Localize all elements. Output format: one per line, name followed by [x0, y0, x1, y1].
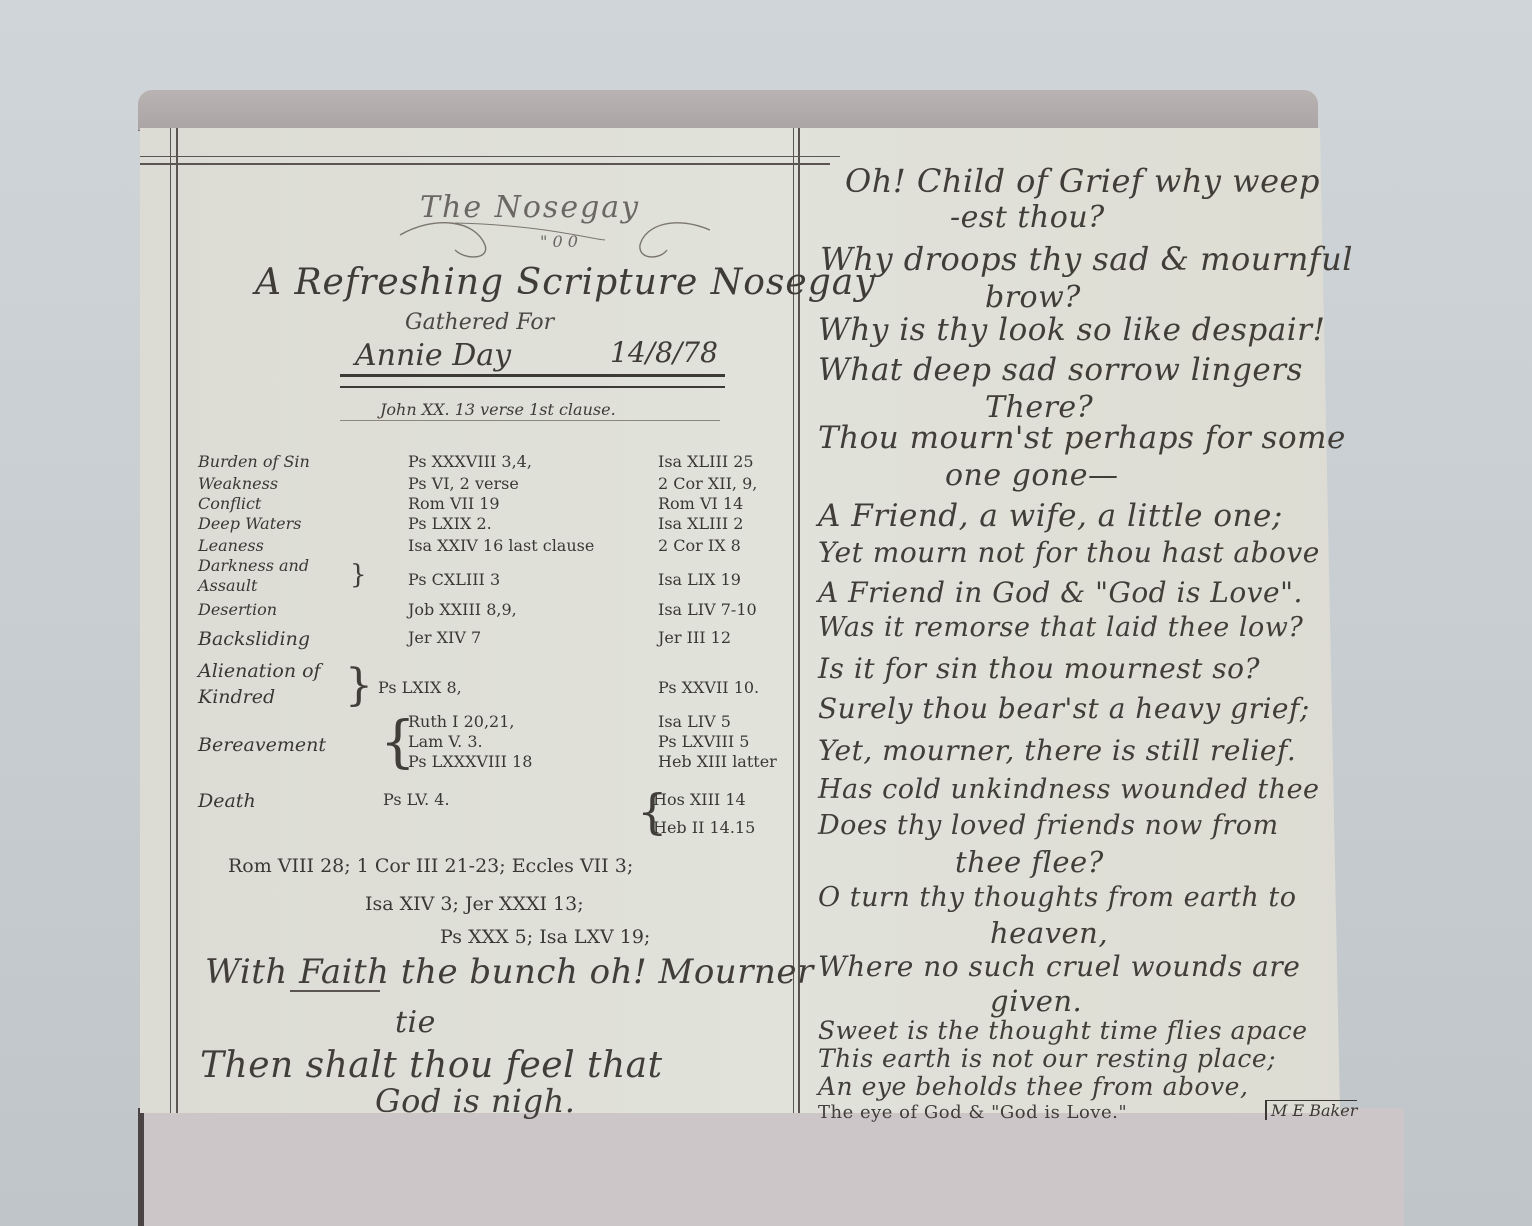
poem-line: Does thy loved friends now from	[818, 810, 1279, 841]
reference-a: Job XXIII 8,9,	[408, 600, 517, 619]
topic-label: Death	[198, 790, 256, 812]
brace-bereavement: {	[380, 710, 416, 775]
recipient-name: Annie Day	[355, 338, 511, 373]
author-signature: M E Baker	[1265, 1100, 1357, 1120]
reference-b: Isa XLIII 25	[658, 452, 754, 471]
poem-line: Why droops thy sad & mournful	[820, 240, 1353, 278]
poem-line: Where no such cruel wounds are	[818, 950, 1300, 983]
title-double-rule	[340, 374, 725, 388]
page-top-edge	[138, 90, 1318, 131]
gathered-for-label: Gathered For	[405, 310, 554, 335]
poem-line: The eye of God & "God is Love."	[818, 1102, 1127, 1123]
closing-verse-line-1: With Faith the bunch oh! Mourner	[205, 952, 814, 992]
poem-line: Why is thy look so like despair!	[818, 312, 1325, 348]
faith-underline	[290, 990, 380, 992]
topic-label: Leaness	[198, 536, 264, 555]
poem-line: Sweet is the thought time flies apace	[818, 1016, 1308, 1045]
topic-label: Darkness and Assault	[198, 556, 358, 596]
reference-a: Ps LXIX 2.	[408, 514, 492, 533]
poem-line: An eye beholds thee from above,	[818, 1072, 1248, 1101]
reference-b: Heb II 14.15	[653, 818, 755, 837]
closing-refs-line-3: Ps XXX 5; Isa LXV 19;	[440, 926, 650, 948]
reference-a: Ps XXXVIII 3,4,	[408, 452, 532, 471]
reference-a: Ps LXXXVIII 18	[408, 752, 532, 771]
closing-verse-line-2: tie	[395, 1005, 436, 1040]
reference-a: Isa XXIV 16 last clause	[408, 536, 594, 555]
reference-b: Isa XLIII 2	[658, 514, 743, 533]
topic-label: Deep Waters	[198, 514, 301, 533]
poem-line: Surely thou bear'st a heavy grief;	[818, 692, 1310, 725]
reference-a: Rom VII 19	[408, 494, 500, 513]
reference-b: Heb XIII latter	[658, 752, 777, 771]
reference-a: Ps LXIX 8,	[378, 678, 462, 697]
reference-b: 2 Cor XII, 9,	[658, 474, 757, 493]
poem-line: This earth is not our resting place;	[818, 1044, 1276, 1073]
reference-b: Jer III 12	[658, 628, 731, 647]
reference-b: 2 Cor IX 8	[658, 536, 741, 555]
reference-b: Isa LIX 19	[658, 570, 741, 589]
left-margin-rule	[170, 128, 171, 1113]
top-header-rule	[140, 156, 840, 157]
reference-a: Ruth I 20,21,	[408, 712, 514, 731]
reference-underline	[340, 420, 720, 421]
topic-label: Weakness	[198, 474, 278, 493]
poem-line: O turn thy thoughts from earth to	[818, 882, 1297, 913]
brace-alienation: }	[345, 660, 374, 711]
top-header-rule-2	[140, 163, 830, 165]
poem-line: given.	[990, 984, 1082, 1018]
reference-b: Ps XXVII 10.	[658, 678, 759, 697]
poem-line: Was it remorse that laid thee low?	[818, 612, 1303, 643]
closing-refs-line-1: Rom VIII 28; 1 Cor III 21-23; Eccles VII…	[228, 855, 633, 877]
poem-line: Has cold unkindness wounded thee	[818, 774, 1320, 805]
poem-line: Oh! Child of Grief why weep	[845, 162, 1320, 200]
closing-verse-line-3: Then shalt thou feel that	[200, 1045, 663, 1086]
poem-line: A Friend in God & "God is Love".	[818, 576, 1303, 609]
poem-line: Yet mourn not for thou hast above	[818, 536, 1320, 569]
page-heading: A Refreshing Scripture Nosegay	[255, 262, 876, 303]
poem-line: -est thou?	[950, 200, 1105, 235]
reference-b: Rom VI 14	[658, 494, 743, 513]
topic-label: Bereavement	[198, 734, 326, 756]
poem-line: Thou mourn'st perhaps for some	[818, 420, 1346, 456]
brace-darkness: }	[350, 560, 367, 590]
book-page-block	[138, 1108, 1404, 1226]
topic-label: Conflict	[198, 494, 261, 513]
poem-line: Is it for sin thou mournest so?	[818, 652, 1260, 685]
reference-b: Isa LIV 5	[658, 712, 731, 731]
poem-line: Yet, mourner, there is still relief.	[818, 734, 1296, 767]
closing-verse-line-4: God is nigh.	[375, 1082, 575, 1120]
flourish-ornament: " 0 0	[395, 215, 715, 265]
reference-a: Ps CXLIII 3	[408, 570, 500, 589]
reference-b: Isa LIV 7-10	[658, 600, 757, 619]
topic-label: Backsliding	[198, 628, 310, 650]
left-margin-rule-2	[176, 128, 178, 1113]
poem-line: thee flee?	[955, 845, 1104, 879]
reference-b: Ps LXVIII 5	[658, 732, 749, 751]
topic-label: Burden of Sin	[198, 452, 310, 471]
ornament-marks: " 0 0	[540, 232, 578, 251]
reference-a: Ps LV. 4.	[383, 790, 450, 809]
topic-label: Alienation of Kindred	[198, 658, 348, 710]
topic-label: Desertion	[198, 600, 277, 619]
poem-line: one gone—	[945, 458, 1119, 493]
entry-date: 14/8/78	[610, 336, 718, 369]
text-reference: John XX. 13 verse 1st clause.	[380, 400, 616, 419]
poem-line: What deep sad sorrow lingers	[818, 352, 1303, 388]
poem-line: heaven,	[990, 916, 1108, 950]
poem-line: A Friend, a wife, a little one;	[818, 498, 1283, 534]
brace-death: {	[637, 784, 668, 840]
reference-a: Lam V. 3.	[408, 732, 483, 751]
reference-a: Ps VI, 2 verse	[408, 474, 519, 493]
reference-a: Jer XIV 7	[408, 628, 481, 647]
poem-line: brow?	[985, 280, 1081, 315]
closing-refs-line-2: Isa XIV 3; Jer XXXI 13;	[365, 893, 584, 915]
